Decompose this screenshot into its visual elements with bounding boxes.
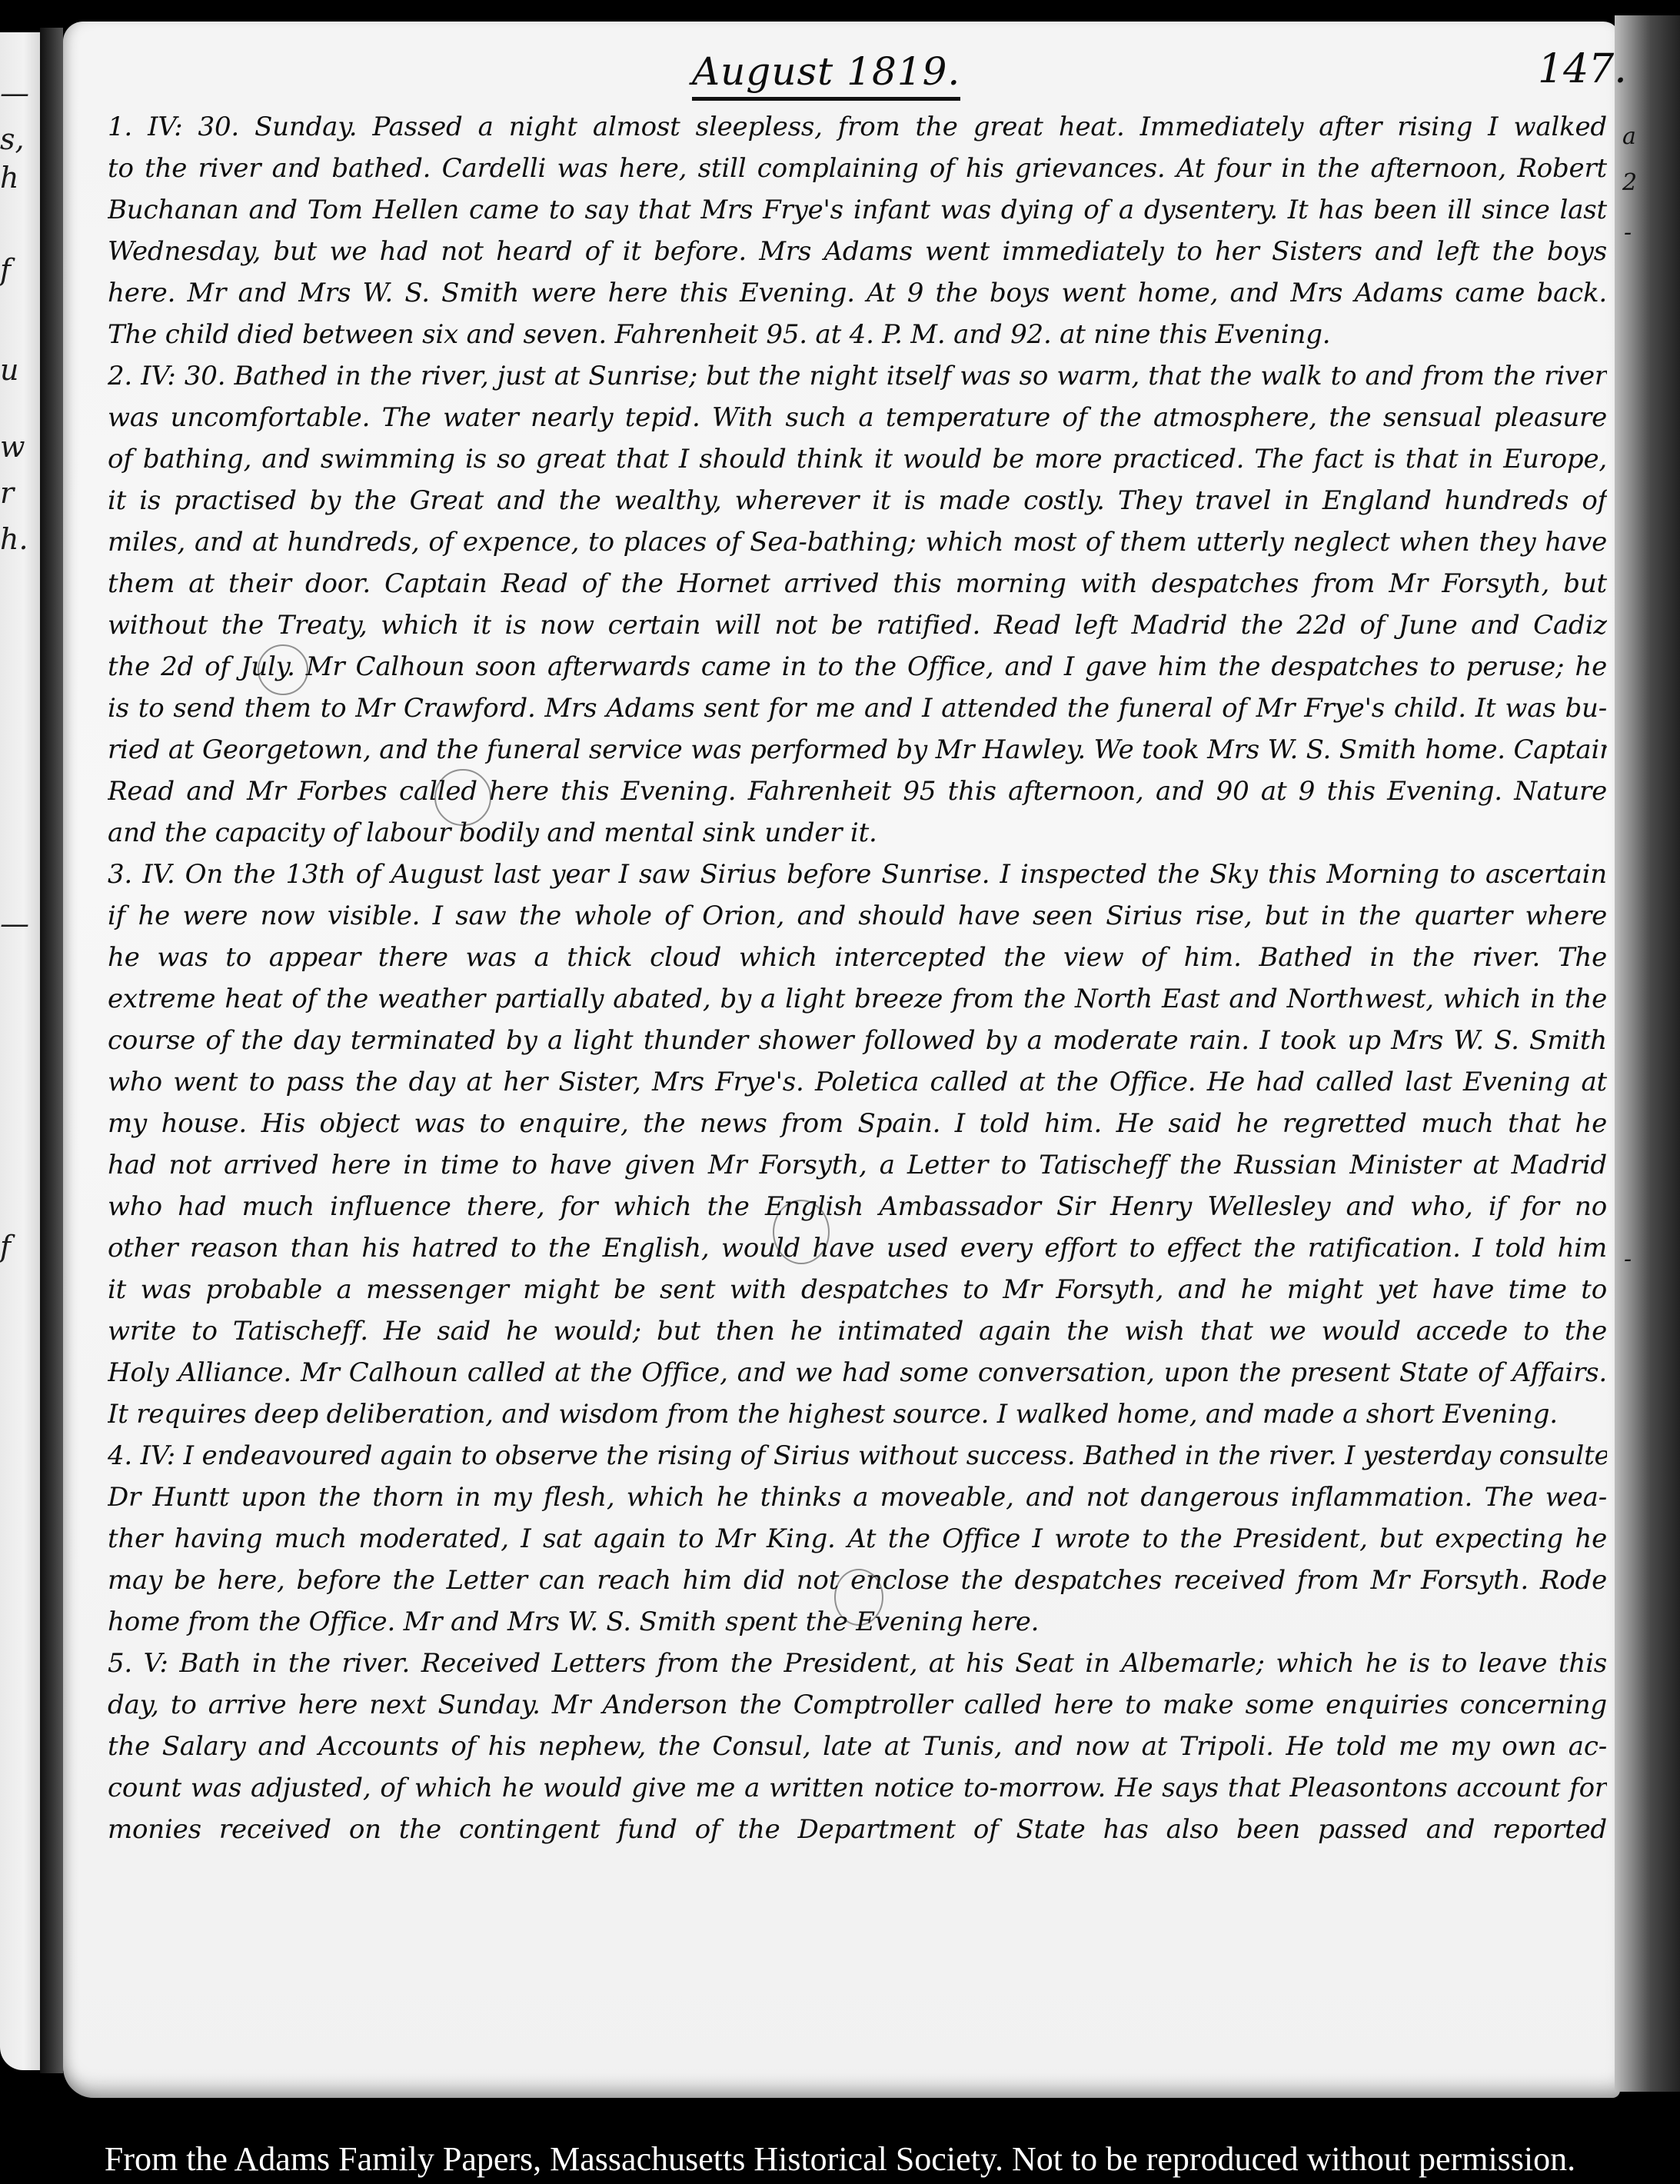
journal-line: day, to arrive here next Sunday. Mr Ande…: [108, 1684, 1607, 1726]
journal-line: 4. IV: I endeavoured again to observe th…: [108, 1435, 1607, 1477]
left-page-fragment: u: [0, 355, 18, 385]
journal-line: count was adjusted, of which he would gi…: [108, 1767, 1607, 1809]
journal-line: Dr Huntt upon the thorn in my flesh, whi…: [108, 1477, 1607, 1518]
journal-line: had not arrived here in time to have giv…: [108, 1144, 1607, 1186]
left-page-fragment: h: [0, 163, 18, 192]
journal-line: was uncomfortable. The water nearly tepi…: [108, 397, 1607, 438]
journal-line: ther having much moderated, I sat again …: [108, 1518, 1607, 1560]
journal-line: my house. His object was to enquire, the…: [108, 1103, 1607, 1144]
journal-line: it was probable a messenger might be sen…: [108, 1269, 1607, 1310]
left-page-fragment: w: [0, 432, 25, 461]
journal-line: home from the Office. Mr and Mrs W. S. S…: [108, 1601, 1607, 1643]
margin-mark: -: [1624, 1246, 1632, 1273]
journal-line: 2. IV: 30. Bathed in the river, just at …: [108, 355, 1607, 397]
page-number: 147.: [1538, 46, 1627, 92]
journal-line: who went to pass the day at her Sister, …: [108, 1061, 1607, 1103]
journal-line: and the capacity of labour bodily and me…: [108, 812, 1607, 854]
journal-line: if he were now visible. I saw the whole …: [108, 895, 1607, 937]
journal-line: to the river and bathed. Cardelli was he…: [108, 148, 1607, 189]
journal-line: 3. IV. On the 13th of August last year I…: [108, 854, 1607, 895]
journal-line: monies received on the contingent fund o…: [108, 1809, 1607, 1850]
left-page-sliver: — s, h f u w r h. — f: [0, 32, 40, 2070]
journal-line: Holy Alliance. Mr Calhoun called at the …: [108, 1352, 1607, 1393]
journal-line: write to Tatischeff. He said he would; b…: [108, 1310, 1607, 1352]
journal-line: ried at Georgetown, and the funeral serv…: [108, 729, 1607, 771]
margin-mark: -: [1624, 219, 1632, 246]
journal-line: 5. V: Bath in the river. Received Letter…: [108, 1643, 1607, 1684]
journal-line: extreme heat of the weather partially ab…: [108, 978, 1607, 1020]
journal-line: other reason than his hatred to the Engl…: [108, 1227, 1607, 1269]
journal-line: it is practised by the Great and the wea…: [108, 480, 1607, 521]
left-page-fragment: f: [0, 255, 11, 285]
margin-mark: 2: [1622, 169, 1637, 196]
journal-line: The child died between six and seven. Fa…: [108, 314, 1607, 355]
journal-line: course of the day terminated by a light …: [108, 1020, 1607, 1061]
page-heading-month-year: August 1819.: [692, 49, 960, 101]
journal-line: the Salary and Accounts of his nephew, t…: [108, 1726, 1607, 1767]
journal-line: is to send them to Mr Crawford. Mrs Adam…: [108, 687, 1607, 729]
journal-line: them at their door. Captain Read of the …: [108, 563, 1607, 604]
page-edge-binding: a 2 - -: [1615, 15, 1680, 2092]
left-page-fragment: r: [0, 478, 14, 508]
journal-line: Buchanan and Tom Hellen came to say that…: [108, 189, 1607, 231]
journal-line: miles, and at hundreds, of expence, to p…: [108, 521, 1607, 563]
journal-line: 1. IV: 30. Sunday. Passed a night almost…: [108, 106, 1607, 148]
copyright-caption: From the Adams Family Papers, Massachuse…: [0, 2139, 1680, 2179]
journal-line: may be here, before the Letter can reach…: [108, 1560, 1607, 1601]
manuscript-scan: — s, h f u w r h. — f a 2 - - August 181…: [0, 0, 1680, 2184]
journal-line: here. Mr and Mrs W. S. Smith were here t…: [108, 272, 1607, 314]
margin-mark: a: [1622, 123, 1636, 150]
left-page-fragment: —: [0, 78, 29, 108]
journal-line: the 2d of July. Mr Calhoun soon afterwar…: [108, 646, 1607, 687]
journal-line: Wednesday, but we had not heard of it be…: [108, 231, 1607, 272]
book-gutter: [40, 28, 63, 2073]
journal-line: of bathing, and swimming is so great tha…: [108, 438, 1607, 480]
left-page-fragment: —: [0, 909, 29, 938]
journal-line: It requires deep deliberation, and wisdo…: [108, 1393, 1607, 1435]
journal-line: Read and Mr Forbes called here this Even…: [108, 771, 1607, 812]
journal-line: he was to appear there was a thick cloud…: [108, 937, 1607, 978]
left-page-fragment: h.: [0, 524, 28, 554]
left-page-fragment: f: [0, 1232, 11, 1261]
journal-line: who had much influence there, for which …: [108, 1186, 1607, 1227]
journal-line: without the Treaty, which it is now cert…: [108, 604, 1607, 646]
left-page-fragment: s,: [0, 125, 25, 154]
